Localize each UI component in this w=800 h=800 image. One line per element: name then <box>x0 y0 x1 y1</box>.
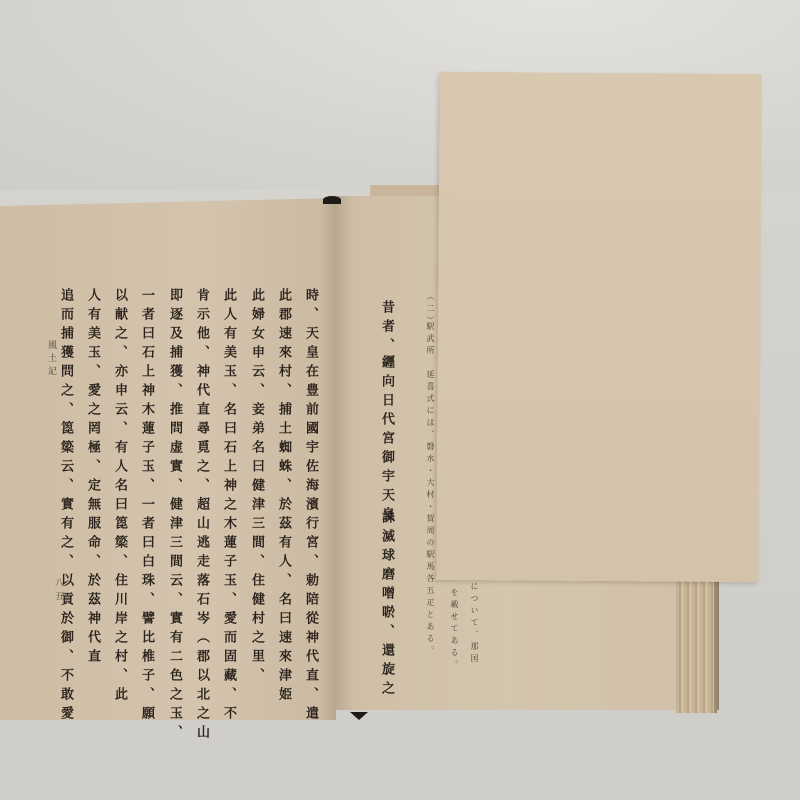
blank-insert-sheet <box>436 72 762 582</box>
note-column-3: について、那国 <box>468 582 481 666</box>
right-col-2: 纒向日代宮御宇天皇 <box>380 355 393 526</box>
left-col-6: 即逐及捕獲、推問虚實、健津三間云、實有二色之玉、 <box>168 288 181 744</box>
left-col-7: 一者曰石上神木蓮子玉、一者曰白珠、譬比椎子、願 <box>140 288 153 725</box>
right-col-3: 誅滅球磨噌唹、還旋之 <box>380 510 393 700</box>
note-column: 駅武所 延喜式には、磐水・大村・賀周の駅馬各五疋とある。 <box>424 322 437 658</box>
left-col-2: 此郡速來村、捕土蜘蛛、於茲有人、名曰速來津姫 <box>277 288 290 706</box>
left-col-8: 以献之、亦申云、有人名曰箆簗、住川岸之村、此 <box>113 288 126 706</box>
left-col-3: 此婦女申云、妾弟名曰健津三間、住健村之里、 <box>250 288 263 687</box>
left-col-1: 時、天皇在豊前國宇佐海濱行宮、勅陪從神代直、遣 <box>304 288 317 725</box>
page-edges <box>676 575 717 713</box>
spine-bottom <box>350 712 368 720</box>
note-column-2: を載せてある。 <box>448 588 461 672</box>
right-col-1: 昔者、 <box>380 300 393 357</box>
left-col-9: 人有美玉、愛之罔極、定無服命、於茲神代直 <box>86 288 99 668</box>
left-col-5: 肯示他、神代直尋覓之、超山逃走落石岑（郡以北之山 <box>195 288 208 744</box>
page-number: 八五 <box>52 578 65 604</box>
left-col-10: 追而捕獲問之、箆簗云、實有之、以貢於御、不敢愛 <box>59 288 72 725</box>
left-col-4: 此人有美玉、名曰石上神之木蓮子玉、愛而固藏、不 <box>222 288 235 725</box>
running-header: 風土記 <box>45 340 58 379</box>
spine-top <box>323 196 341 204</box>
